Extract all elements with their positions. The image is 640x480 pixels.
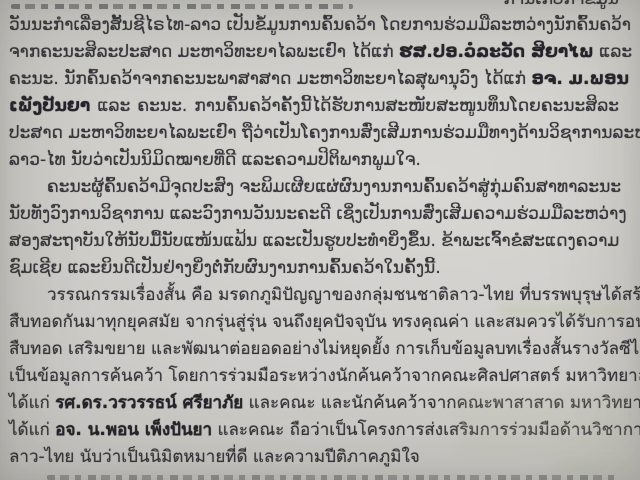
bold-text-run: รศ.ดร.วรวรรธน์ ศรียาภัย xyxy=(55,393,243,413)
text-line: วรรณกรรมเรื่องสั้น คือ มรดกภูมิปัญญาของก… xyxy=(9,282,619,309)
text-line: ສອງສະຖາບັນໃຫ້ນັບມື້ນັບແໜ້ນແຟ້ນ ແລະເປັນຮູ… xyxy=(9,228,619,255)
text-line: ປະສາດ ມະຫາວິທະຍາໄລພະເຢົາ ຖືວ່າເປັນໂຄງການ… xyxy=(9,120,619,147)
clipped-line-bottom xyxy=(9,471,619,480)
text-run: เป็นข้อมูลการค้นคว้า โดยการร่วมมือระหว่า… xyxy=(9,366,640,386)
text-line: ຈາກຄະນະສິລະປະສາດ ມະຫາວິທະຍາໄລພະເຢົາ ໄດ້ແ… xyxy=(9,39,619,66)
text-line: ວັນນະກຳເລື່ອງສັ້ນຊີໄຣໄທ-ລາວ ເປັນຂໍ້ມູນກາ… xyxy=(9,12,619,39)
bold-text-run: อจ. น.พอน เพ็งปันยา xyxy=(55,420,212,440)
text-line: ลาว-ไทย นับว่าเป็นนิมิตหมายที่ดี และความ… xyxy=(9,444,619,471)
clipped-line-top: ການເກັບກຳຂໍ້ມູນ xyxy=(9,0,619,12)
text-line: ເພັງປັນຍາ ແລະ ຄະນະ. ການຄົ້ນຄວ້າຄັ້ງນີ້ໄດ… xyxy=(9,93,619,120)
text-run: ວັນນະກຳເລື່ອງສັ້ນຊີໄຣໄທ-ລາວ ເປັນຂໍ້ມູນກາ… xyxy=(9,15,631,35)
text-run: ຊົມເຊີຍ ແລະຍິນດີເປັນຢ່າງຍິ່ງຕໍ່ກັບຜົນງານ… xyxy=(9,258,441,278)
bold-text-run: ເພັງປັນຍາ xyxy=(9,96,90,116)
text-line: ລາວ-ໄທ ນັບວ່າເປັນນິມິດໝາຍທີ່ດີ ແລະຄວາມປິ… xyxy=(9,147,619,174)
text-run: สืบทอดกันมาทุกยุคสมัย จากรุ่นสู่รุ่น จนถ… xyxy=(9,312,640,332)
paragraph: ວັນນະກຳເລື່ອງສັ້ນຊີໄຣໄທ-ລາວ ເປັນຂໍ້ມູນກາ… xyxy=(9,12,619,174)
text-line: ນັບທັງວົງການວິຊາການ ແລະວົງການວັນນະຄະດີ ເ… xyxy=(9,201,619,228)
text-line: สืบทอดกันมาทุกยุคสมัย จากรุ่นสู่รุ่น จนถ… xyxy=(9,309,619,336)
text-line: ได้แก่ อจ. น.พอน เพ็งปันยา และคณะ ถือว่า… xyxy=(9,417,619,444)
text-line: ການເກັບກຳຂໍ້ມູນ xyxy=(9,0,619,12)
bold-text-run: ຮສ.ປອ.ວໍລະວັດ ສິຍາໄພ xyxy=(399,42,594,62)
text-line: เป็นข้อมูลการค้นคว้า โดยการร่วมมือระหว่า… xyxy=(9,363,619,390)
text-run: ได้แก่ xyxy=(9,420,55,440)
bold-text-run: ອຈ. ມ.ພອນ xyxy=(531,69,628,89)
book-page: ການເກັບກຳຂໍ້ມູນ ວັນນະກຳເລື່ອງສັ້ນຊີໄຣໄທ-… xyxy=(0,0,640,480)
text-run: ຄະນະຜູ້ຄົ້ນຄວ້າມີຈຸດປະສົງ ຈະພິມເຜີຍແຜ່ຜົ… xyxy=(47,177,621,197)
text-run: สืบทอด เสริมขยาย และพัฒนาต่อยอดอย่างไม่ห… xyxy=(9,339,640,359)
text-line: ຄະນະຜູ້ຄົ້ນຄວ້າມີຈຸດປະສົງ ຈະພິມເຜີຍແຜ່ຜົ… xyxy=(9,174,619,201)
text-run: ແລະ xyxy=(594,42,632,62)
text-run: และคณะ ถือว่าเป็นโครงการส่งเสริมการร่วมม… xyxy=(212,420,640,440)
text-run: ແລະ ຄະນະ. ການຄົ້ນຄວ້າຄັ້ງນີ້ໄດ້ຮັບການສະໜ… xyxy=(90,96,619,116)
paragraph: วรรณกรรมเรื่องสั้น คือ มรดกภูมิปัญญาของก… xyxy=(9,282,619,471)
text-line: ได้แก่ รศ.ดร.วรวรรธน์ ศรียาภัย และคณะ แล… xyxy=(9,390,619,417)
text-run: ได้แก่ xyxy=(9,393,55,413)
paragraph: ຄະນະຜູ້ຄົ້ນຄວ້າມີຈຸດປະສົງ ຈະພິມເຜີຍແຜ່ຜົ… xyxy=(9,174,619,282)
text-line: ຄະນະ. ນັກຄົ້ນຄວ້າຈາກຄະນະພາສາສາດ ມະຫາວິທະ… xyxy=(9,66,619,93)
text-run: ສອງສະຖາບັນໃຫ້ນັບມື້ນັບແໜ້ນແຟ້ນ ແລະເປັນຮູ… xyxy=(9,231,619,251)
text-run: ການເກັບກຳຂໍ້ມູນ xyxy=(504,0,619,9)
text-run: ນັບທັງວົງການວິຊາການ ແລະວົງການວັນນະຄະດີ ເ… xyxy=(9,204,627,224)
text-run: ຈາກຄະນະສິລະປະສາດ ມະຫາວິທະຍາໄລພະເຢົາ ໄດ້ແ… xyxy=(9,42,399,62)
text-run: และคณะ และนักค้นคว้าจากคณะพาสาสาด มหาวิท… xyxy=(243,393,640,413)
text-run: ປະສາດ ມະຫາວິທະຍາໄລພະເຢົາ ຖືວ່າເປັນໂຄງການ… xyxy=(9,123,640,143)
text-run: วรรณกรรมเรื่องสั้น คือ มรดกภูมิปัญญาของก… xyxy=(47,285,640,305)
paragraphs-container: ວັນນະກຳເລື່ອງສັ້ນຊີໄຣໄທ-ລາວ ເປັນຂໍ້ມູນກາ… xyxy=(9,12,619,471)
text-run: ລາວ-ໄທ ນັບວ່າເປັນນິມິດໝາຍທີ່ດີ ແລະຄວາມປິ… xyxy=(9,150,421,170)
text-line: ຊົມເຊີຍ ແລະຍິນດີເປັນຢ່າງຍິ່ງຕໍ່ກັບຜົນງານ… xyxy=(9,255,619,282)
text-block: ການເກັບກຳຂໍ້ມູນ ວັນນະກຳເລື່ອງສັ້ນຊີໄຣໄທ-… xyxy=(9,0,619,480)
text-line: สืบทอด เสริมขยาย และพัฒนาต่อยอดอย่างไม่ห… xyxy=(9,336,619,363)
text-run: ลาว-ไทย นับว่าเป็นนิมิตหมายที่ดี และความ… xyxy=(9,447,420,467)
text-run: ຄະນະ. ນັກຄົ້ນຄວ້າຈາກຄະນະພາສາສາດ ມະຫາວິທະ… xyxy=(9,69,531,89)
clipped-glyphs-decoration xyxy=(47,475,619,480)
